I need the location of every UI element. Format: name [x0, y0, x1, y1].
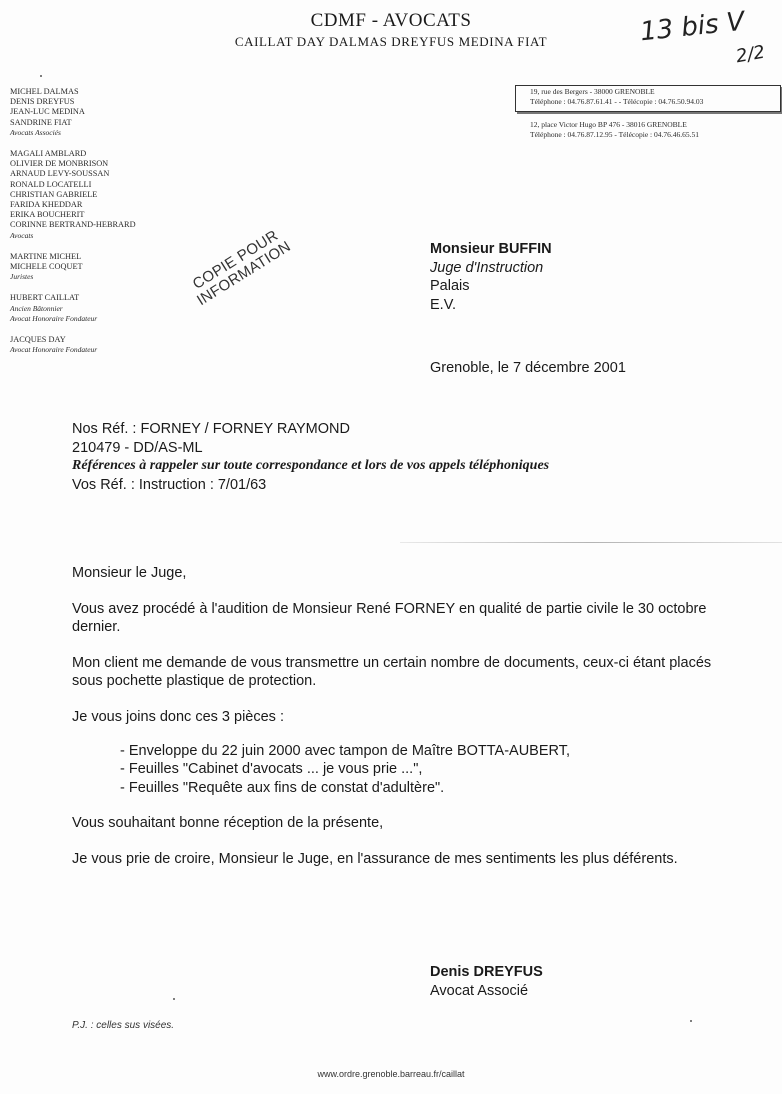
enclosure-item: - Enveloppe du 22 juin 2000 avec tampon … [120, 742, 732, 761]
group-role: Avocats Associés [10, 128, 180, 138]
signatory-title: Avocat Associé [430, 982, 543, 1001]
group-role: Avocat Honoraire Fondateur [10, 345, 180, 355]
sidebar-lawyer-list: MICHEL DALMAS DENIS DREYFUS JEAN-LUC MED… [10, 87, 180, 366]
attachments-note: P.J. : celles sus visées. [72, 1020, 174, 1031]
body-paragraph: Vous souhaitant bonne réception de la pr… [72, 814, 732, 833]
recipient-name: Monsieur BUFFIN [430, 240, 552, 259]
lawyer-name: ERIKA BOUCHERIT [10, 210, 180, 220]
lawyer-name: HUBERT CAILLAT [10, 293, 180, 303]
handwritten-fraction: 2/2 [734, 42, 766, 68]
lawyer-name: FARIDA KHEDDAR [10, 200, 180, 210]
footer-url: www.ordre.grenoble.barreau.fr/caillat [0, 1069, 782, 1079]
recipient-block: Monsieur BUFFIN Juge d'Instruction Palai… [430, 240, 552, 314]
our-reference: Nos Réf. : FORNEY / FORNEY RAYMOND [72, 420, 549, 439]
secondary-office-address: 12, place Victor Hugo BP 476 - 38016 GRE… [530, 120, 699, 140]
group-role: Ancien Bâtonnier [10, 304, 180, 314]
lawyer-name: MICHELE COQUET [10, 262, 180, 272]
group-role: Avocats [10, 231, 180, 241]
scan-speck [40, 75, 42, 77]
reference-code: 210479 - DD/AS-ML [72, 439, 549, 458]
signature-block: Denis DREYFUS Avocat Associé [430, 963, 543, 1000]
references-block: Nos Réf. : FORNEY / FORNEY RAYMOND 21047… [72, 420, 549, 494]
lawyer-name: RONALD LOCATELLI [10, 180, 180, 190]
office-address-line: 19, rue des Bergers - 38000 GRENOBLE [530, 87, 780, 97]
lawyer-name: CHRISTIAN GABRIELE [10, 190, 180, 200]
recipient-title: Juge d'Instruction [430, 259, 552, 278]
group-associates: MICHEL DALMAS DENIS DREYFUS JEAN-LUC MED… [10, 87, 180, 138]
closing-paragraph: Je vous prie de croire, Monsieur le Juge… [72, 850, 732, 869]
primary-office-address: 19, rue des Bergers - 38000 GRENOBLE Tél… [515, 85, 781, 112]
body-paragraph: Vous avez procédé à l'audition de Monsie… [72, 600, 732, 637]
reference-note: Références à rappeler sur toute correspo… [72, 457, 549, 476]
lawyer-name: MICHEL DALMAS [10, 87, 180, 97]
copy-stamp: COPIE POUR INFORMATION [186, 225, 294, 309]
group-founder-day: JACQUES DAY Avocat Honoraire Fondateur [10, 335, 180, 355]
body-paragraph: Mon client me demande de vous transmettr… [72, 654, 732, 691]
group-role: Juristes [10, 272, 180, 282]
recipient-address-line: Palais [430, 277, 552, 296]
recipient-address-line: E.V. [430, 296, 552, 315]
enclosure-list: - Enveloppe du 22 juin 2000 avec tampon … [120, 742, 732, 798]
lawyer-name: MAGALI AMBLARD [10, 149, 180, 159]
enclosure-item: - Feuilles "Cabinet d'avocats ... je vou… [120, 760, 732, 779]
scan-speck [690, 1020, 692, 1022]
office-contact-line: Téléphone : 04.76.87.12.95 - Télécopie :… [530, 130, 699, 140]
letter-date: Grenoble, le 7 décembre 2001 [430, 360, 626, 376]
lawyer-name: JEAN-LUC MEDINA [10, 107, 180, 117]
lawyer-name: DENIS DREYFUS [10, 97, 180, 107]
office-address-line: 12, place Victor Hugo BP 476 - 38016 GRE… [530, 120, 699, 130]
scan-speck [173, 998, 175, 1000]
lawyer-name: OLIVIER DE MONBRISON [10, 159, 180, 169]
signatory-name: Denis DREYFUS [430, 963, 543, 982]
lawyer-name: MARTINE MICHEL [10, 252, 180, 262]
body-paragraph: Je vous joins donc ces 3 pièces : [72, 708, 732, 727]
lawyer-name: CORINNE BERTRAND-HEBRARD [10, 220, 180, 230]
group-lawyers: MAGALI AMBLARD OLIVIER DE MONBRISON ARNA… [10, 149, 180, 241]
your-reference: Vos Réf. : Instruction : 7/01/63 [72, 476, 549, 495]
lawyer-name: ARNAUD LEVY-SOUSSAN [10, 169, 180, 179]
lawyer-name: JACQUES DAY [10, 335, 180, 345]
salutation: Monsieur le Juge, [72, 564, 732, 583]
letter-body: Monsieur le Juge, Vous avez procédé à l'… [72, 564, 732, 886]
group-role-secondary: Avocat Honoraire Fondateur [10, 314, 180, 324]
group-founder-caillat: HUBERT CAILLAT Ancien Bâtonnier Avocat H… [10, 293, 180, 324]
lawyer-name: SANDRINE FIAT [10, 118, 180, 128]
office-contact-line: Téléphone : 04.76.87.61.41 - - Télécopie… [530, 97, 780, 107]
group-jurists: MARTINE MICHEL MICHELE COQUET Juristes [10, 252, 180, 283]
divider [400, 542, 782, 543]
enclosure-item: - Feuilles "Requête aux fins de constat … [120, 779, 732, 798]
